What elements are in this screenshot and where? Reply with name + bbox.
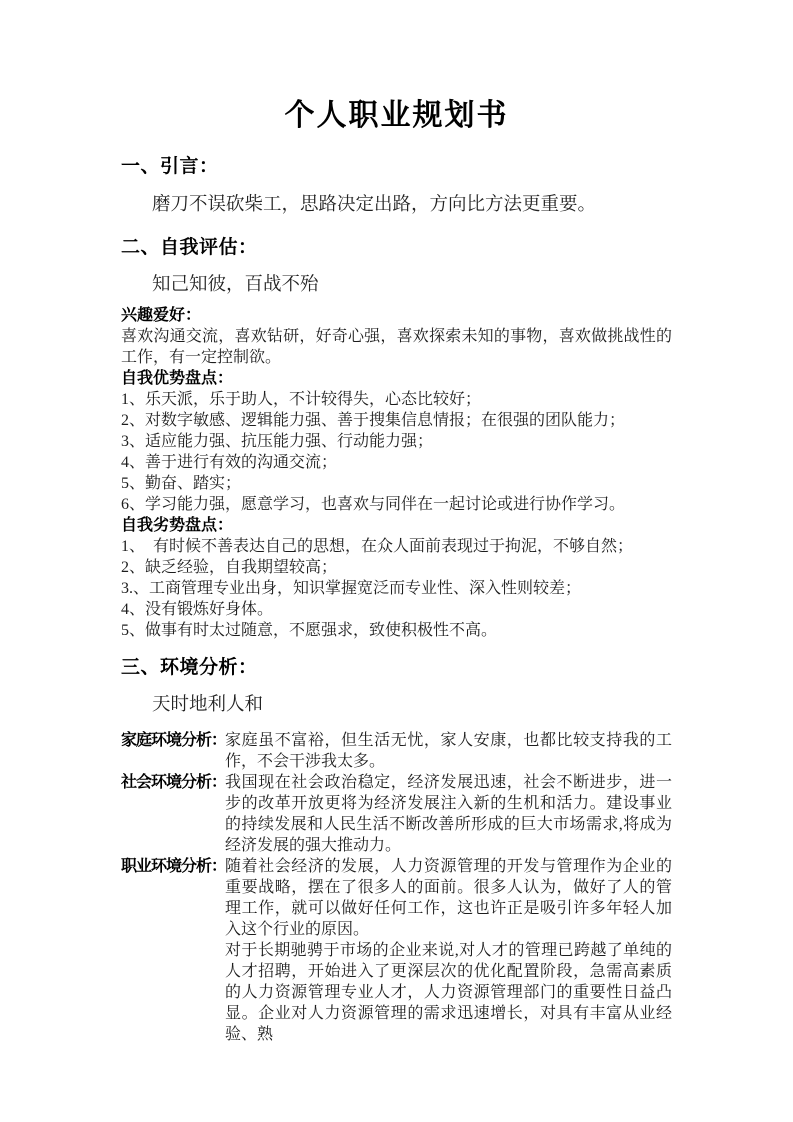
strength-item-6: 6、学习能力强，愿意学习，也喜欢与同伴在一起讨论或进行协作学习。 (121, 494, 672, 515)
strengths-label: 自我优势盘点： (121, 368, 672, 389)
social-environment-content: 我国现在社会政治稳定，经济发展迅速，社会不断进步，进一步的改革开放更将为经济发展… (225, 772, 672, 856)
family-environment-paragraph: 家庭虽不富裕，但生活无忧，家人安康，也都比较支持我的工作，不会干涉我太多。 (225, 730, 672, 772)
environment-quote: 天时地利人和 (152, 693, 672, 717)
interests-text: 喜欢沟通交流，喜欢钻研，好奇心强，喜欢探索未知的事物，喜欢做挑战性的工作，有一定… (121, 326, 672, 368)
section-heading-environment: 三、环境分析： (121, 655, 672, 680)
strengths-list: 1、乐天派，乐于助人，不计较得失，心态比较好； 2、对数字敏感、逻辑能力强、善于… (121, 389, 672, 515)
strength-item-2: 2、对数字敏感、逻辑能力强、善于搜集信息情报；在很强的团队能力； (121, 410, 672, 431)
self-assessment-details: 兴趣爱好： 喜欢沟通交流，喜欢钻研，好奇心强，喜欢探索未知的事物，喜欢做挑战性的… (121, 305, 672, 641)
social-environment-analysis: 社会环境分析： 我国现在社会政治稳定，经济发展迅速，社会不断进步，进一步的改革开… (121, 772, 672, 856)
weaknesses-label: 自我劣势盘点： (121, 515, 672, 536)
family-environment-label: 家庭环境分析： (121, 730, 225, 751)
document-page: 个人职业规划书 一、引言： 磨刀不误砍柴工，思路决定出路，方向比方法更重要。 二… (0, 0, 793, 1122)
weakness-item-2: 2、缺乏经验，自我期望较高； (121, 557, 672, 578)
family-environment-analysis: 家庭环境分析： 家庭虽不富裕，但生活无忧，家人安康，也都比较支持我的工作，不会干… (121, 730, 672, 772)
weaknesses-list: 1、 有时候不善表达自己的思想，在众人面前表现过于拘泥，不够自然； 2、缺乏经验… (121, 536, 672, 641)
career-environment-content: 随着社会经济的发展，人力资源管理的开发与管理作为企业的重要战略，摆在了很多人的面… (225, 856, 672, 1045)
career-environment-analysis: 职业环境分析： 随着社会经济的发展，人力资源管理的开发与管理作为企业的重要战略，… (121, 856, 672, 1045)
strength-item-4: 4、善于进行有效的沟通交流； (121, 452, 672, 473)
career-environment-label: 职业环境分析： (121, 856, 225, 877)
career-environment-paragraph-2: 对于长期驰骋于市场的企业来说,对人才的管理已跨越了单纯的人才招聘，开始进入了更深… (225, 940, 672, 1045)
social-environment-paragraph: 我国现在社会政治稳定，经济发展迅速，社会不断进步，进一步的改革开放更将为经济发展… (225, 772, 672, 856)
weakness-item-5: 5、做事有时太过随意，不愿强求，致使积极性不高。 (121, 620, 672, 641)
weakness-item-4: 4、没有锻炼好身体。 (121, 599, 672, 620)
strength-item-3: 3、适应能力强、抗压能力强、行动能力强； (121, 431, 672, 452)
environment-details: 家庭环境分析： 家庭虽不富裕，但生活无忧，家人安康，也都比较支持我的工作，不会干… (121, 730, 672, 1045)
strength-item-1: 1、乐天派，乐于助人，不计较得失，心态比较好； (121, 389, 672, 410)
document-title: 个人职业规划书 (121, 97, 672, 135)
interests-label: 兴趣爱好： (121, 305, 672, 326)
career-environment-paragraph-1: 随着社会经济的发展，人力资源管理的开发与管理作为企业的重要战略，摆在了很多人的面… (225, 856, 672, 940)
social-environment-label: 社会环境分析： (121, 772, 225, 793)
weakness-item-3: 3.、工商管理专业出身，知识掌握宽泛而专业性、深入性则较差； (121, 578, 672, 599)
self-assessment-quote: 知己知彼，百战不殆 (152, 273, 672, 297)
family-environment-content: 家庭虽不富裕，但生活无忧，家人安康，也都比较支持我的工作，不会干涉我太多。 (225, 730, 672, 772)
strength-item-5: 5、勤奋、踏实； (121, 473, 672, 494)
section-heading-introduction: 一、引言： (121, 154, 672, 179)
section-heading-self-assessment: 二、自我评估： (121, 235, 672, 260)
introduction-quote: 磨刀不误砍柴工，思路决定出路，方向比方法更重要。 (152, 193, 672, 217)
weakness-item-1: 1、 有时候不善表达自己的思想，在众人面前表现过于拘泥，不够自然； (121, 536, 672, 557)
